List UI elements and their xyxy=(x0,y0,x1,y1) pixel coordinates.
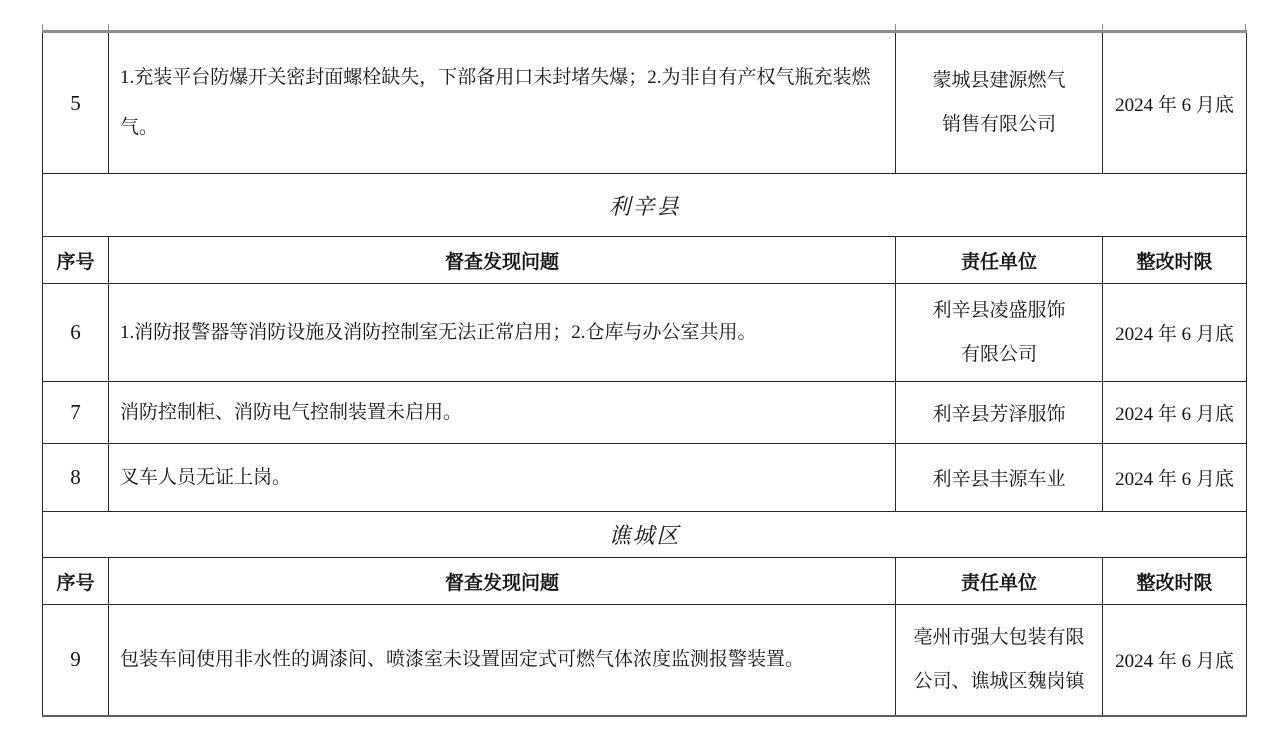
cell-serial-number: 7 xyxy=(43,382,109,444)
col-header-serial: 序号 xyxy=(43,237,109,284)
cell-issue-description: 1.消防报警器等消防设施及消防控制室无法正常启用；2.仓库与办公室共用。 xyxy=(109,284,896,382)
unit-text-line: 亳州市强大包装有限 xyxy=(896,616,1102,660)
col-header-serial: 序号 xyxy=(43,558,109,605)
cell-responsible-unit: 利辛县芳泽服饰 xyxy=(896,382,1103,444)
column-header-row: 序号 督查发现问题 责任单位 整改时限 xyxy=(43,237,1247,284)
section-header-row: 谯城区 xyxy=(43,512,1247,558)
unit-text-line: 公司、谯城区魏岗镇 xyxy=(896,660,1102,704)
issue-text-line: 1.充装平台防爆开关密封面螺栓缺失，下部备用口未封堵失爆；2.为非自有产权气瓶充… xyxy=(120,53,887,103)
col-header-unit: 责任单位 xyxy=(896,237,1103,284)
cell-deadline: 2024 年 6 月底 xyxy=(1103,605,1247,716)
cell-issue-description: 叉车人员无证上岗。 xyxy=(109,444,896,512)
table-row: 6 1.消防报警器等消防设施及消防控制室无法正常启用；2.仓库与办公室共用。 利… xyxy=(43,284,1247,382)
cell-issue-description: 包装车间使用非水性的调漆间、喷漆室未设置固定式可燃气体浓度监测报警装置。 xyxy=(109,605,896,716)
unit-text-line: 有限公司 xyxy=(896,333,1102,377)
table-row: 9 包装车间使用非水性的调漆间、喷漆室未设置固定式可燃气体浓度监测报警装置。 亳… xyxy=(43,605,1247,716)
col-header-unit: 责任单位 xyxy=(896,558,1103,605)
section-header-row: 利辛县 xyxy=(43,174,1247,237)
table-row: 5 1.充装平台防爆开关密封面螺栓缺失，下部备用口未封堵失爆；2.为非自有产权气… xyxy=(43,32,1247,174)
unit-text-line: 销售有限公司 xyxy=(896,103,1102,147)
column-header-row: 序号 督查发现问题 责任单位 整改时限 xyxy=(43,558,1247,605)
unit-text-line: 蒙城县建源燃气 xyxy=(896,59,1102,103)
cell-serial-number: 8 xyxy=(43,444,109,512)
col-header-deadline: 整改时限 xyxy=(1103,558,1247,605)
cell-deadline: 2024 年 6 月底 xyxy=(1103,382,1247,444)
cell-deadline: 2024 年 6 月底 xyxy=(1103,32,1247,174)
cell-serial-number: 5 xyxy=(43,32,109,174)
cell-responsible-unit: 利辛县丰源车业 xyxy=(896,444,1103,512)
cell-deadline: 2024 年 6 月底 xyxy=(1103,284,1247,382)
cell-serial-number: 9 xyxy=(43,605,109,716)
unit-text-line: 利辛县凌盛服饰 xyxy=(896,289,1102,333)
col-header-deadline: 整改时限 xyxy=(1103,237,1247,284)
cell-issue-description: 消防控制柜、消防电气控制装置未启用。 xyxy=(109,382,896,444)
issue-text-line: 气。 xyxy=(120,103,887,153)
cell-responsible-unit: 利辛县凌盛服饰 有限公司 xyxy=(896,284,1103,382)
section-title-qiaocheng: 谯城区 xyxy=(43,512,1247,558)
cell-responsible-unit: 亳州市强大包装有限 公司、谯城区魏岗镇 xyxy=(896,605,1103,716)
table-row: 8 叉车人员无证上岗。 利辛县丰源车业 2024 年 6 月底 xyxy=(43,444,1247,512)
inspection-issues-table: 5 1.充装平台防爆开关密封面螺栓缺失，下部备用口未封堵失爆；2.为非自有产权气… xyxy=(42,30,1247,717)
document-page: 5 1.充装平台防爆开关密封面螺栓缺失，下部备用口未封堵失爆；2.为非自有产权气… xyxy=(0,0,1280,752)
col-header-issue: 督查发现问题 xyxy=(109,558,896,605)
section-title-lixin: 利辛县 xyxy=(43,174,1247,237)
cell-deadline: 2024 年 6 月底 xyxy=(1103,444,1247,512)
cell-serial-number: 6 xyxy=(43,284,109,382)
table-row: 7 消防控制柜、消防电气控制装置未启用。 利辛县芳泽服饰 2024 年 6 月底 xyxy=(43,382,1247,444)
cell-responsible-unit: 蒙城县建源燃气 销售有限公司 xyxy=(896,32,1103,174)
cell-issue-description: 1.充装平台防爆开关密封面螺栓缺失，下部备用口未封堵失爆；2.为非自有产权气瓶充… xyxy=(109,32,896,174)
col-header-issue: 督查发现问题 xyxy=(109,237,896,284)
